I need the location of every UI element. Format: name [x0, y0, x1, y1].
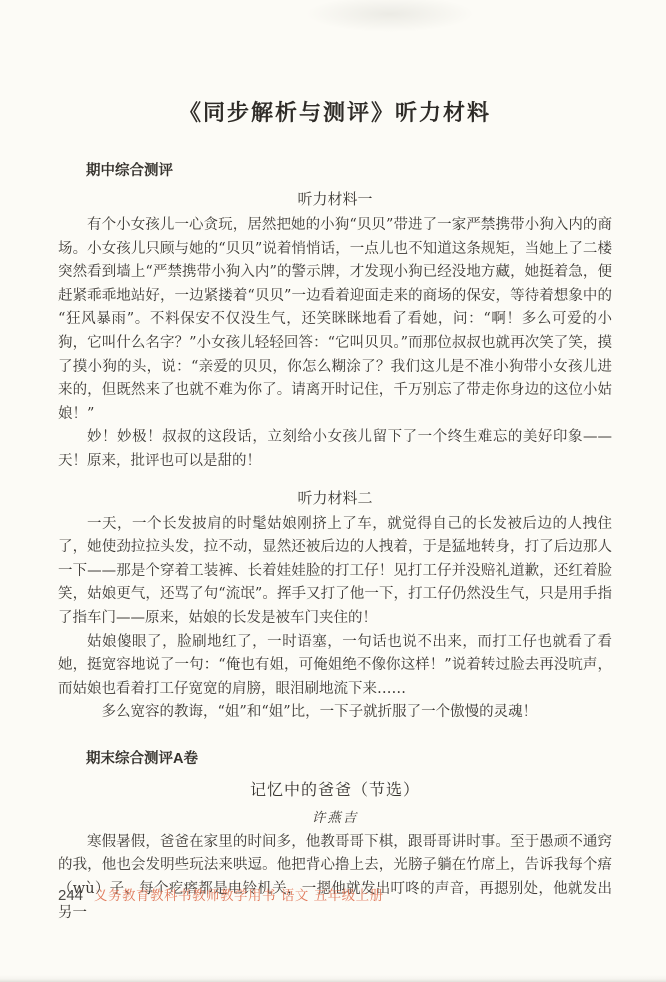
book-title-label: 义务教育教科书教师教学用书 语文 五年级上册 [94, 884, 384, 904]
article-author: 许燕吉 [58, 806, 612, 826]
section-heading-midterm: 期中综合测评 [86, 159, 612, 180]
paragraph: 一天，一个长发披肩的时髦姑娘刚挤上了车，就觉得自己的长发被后边的人拽住了，她使劲… [58, 513, 612, 631]
paragraph: 有个小女孩儿一心贪玩，居然把她的小狗“贝贝”带进了一家严禁携带小狗入内的商场。小… [58, 214, 612, 426]
article-body: 寒假暑假，爸爸在家里的时间多，他教哥哥下棋，跟哥哥讲时事。至于愚顽不通窍的我，他… [58, 831, 612, 925]
material-one-title: 听力材料一 [58, 188, 612, 209]
document-title: 《同步解析与测评》听力材料 [58, 96, 612, 127]
paragraph: 寒假暑假，爸爸在家里的时间多，他教哥哥下棋，跟哥哥讲时事。至于愚顽不通窍的我，他… [58, 831, 612, 925]
page-content: 《同步解析与测评》听力材料 期中综合测评 听力材料一 有个小女孩儿一心贪玩，居然… [0, 96, 666, 925]
page-footer: 244 义务教育教科书教师教学用书 语文 五年级上册 [58, 884, 384, 904]
scanned-book-page: 《同步解析与测评》听力材料 期中综合测评 听力材料一 有个小女孩儿一心贪玩，居然… [0, 0, 666, 982]
material-two-title: 听力材料二 [58, 487, 612, 508]
paragraph: 多么宽容的教诲，“姐”和“姐”比，一下子就折服了一个傲慢的灵魂！ [58, 701, 612, 725]
material-two-body: 一天，一个长发披肩的时髦姑娘刚挤上了车，就觉得自己的长发被后边的人拽住了，她使劲… [58, 513, 612, 725]
paragraph: 妙！妙极！叔叔的这段话，立刻给小女孩儿留下了一个终生难忘的美好印象——天！原来，… [58, 426, 612, 473]
section-heading-final-a: 期末综合测评A卷 [86, 747, 612, 768]
material-one-body: 有个小女孩儿一心贪玩，居然把她的小狗“贝贝”带进了一家严禁携带小狗入内的商场。小… [58, 214, 612, 474]
article-title: 记忆中的爸爸（节选） [58, 777, 612, 800]
page-number: 244 [58, 887, 83, 904]
paragraph: 姑娘傻眼了，脸刷地红了，一时语塞，一句话也说不出来，而打工仔也就看了看她，挺宽容… [58, 631, 612, 702]
